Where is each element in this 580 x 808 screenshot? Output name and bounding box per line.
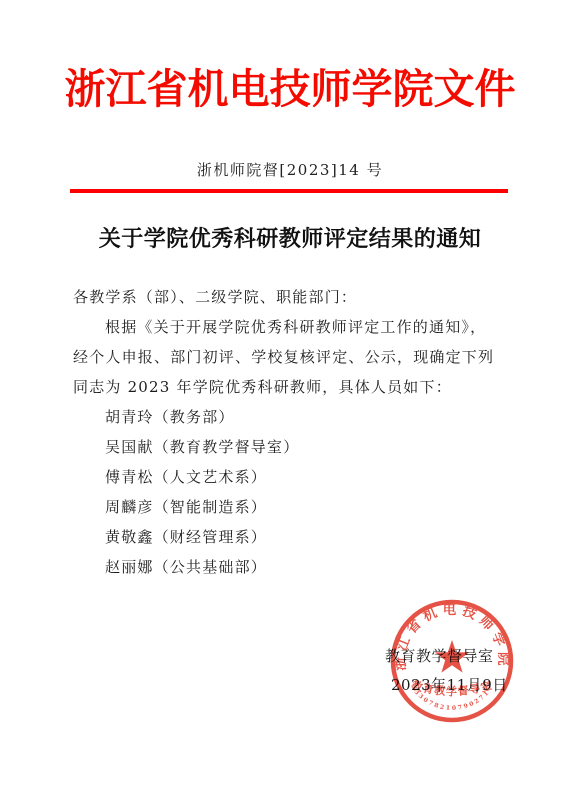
- greeting-line: 各教学系（部）、二级学院、职能部门：: [73, 282, 513, 312]
- document-header-title: 浙江省机电技师学院文件: [0, 64, 580, 114]
- awardee-line: 吴国献（教育教学督导室）: [73, 432, 513, 462]
- awardee-line: 黄敬鑫（财经管理系）: [73, 522, 513, 552]
- official-seal: 浙江省机电技师学院 教育教学督导室 33078210790271: [389, 598, 515, 724]
- awardee-line: 胡青玲（教务部）: [73, 402, 513, 432]
- document-number: 浙机师院督[2023]14 号: [0, 159, 580, 180]
- paragraph-line: 经个人申报、部门初评、学校复核评定、公示，现确定下列: [73, 342, 513, 372]
- document-title: 关于学院优秀科研教师评定结果的通知: [0, 222, 580, 253]
- paragraph-line: 同志为 2023 年学院优秀科研教师，具体人员如下：: [73, 372, 513, 402]
- red-divider-line: [70, 189, 508, 193]
- star-icon: [435, 640, 469, 673]
- paragraph-line: 根据《关于开展学院优秀科研教师评定工作的通知》，: [73, 312, 513, 342]
- awardee-line: 傅青松（人文艺术系）: [73, 462, 513, 492]
- document-body: 各教学系（部）、二级学院、职能部门： 根据《关于开展学院优秀科研教师评定工作的通…: [73, 282, 513, 582]
- document-page: 浙江省机电技师学院文件 浙机师院督[2023]14 号 关于学院优秀科研教师评定…: [0, 0, 580, 808]
- awardee-line: 赵丽娜（公共基础部）: [73, 552, 513, 582]
- awardee-line: 周麟彦（智能制造系）: [73, 492, 513, 522]
